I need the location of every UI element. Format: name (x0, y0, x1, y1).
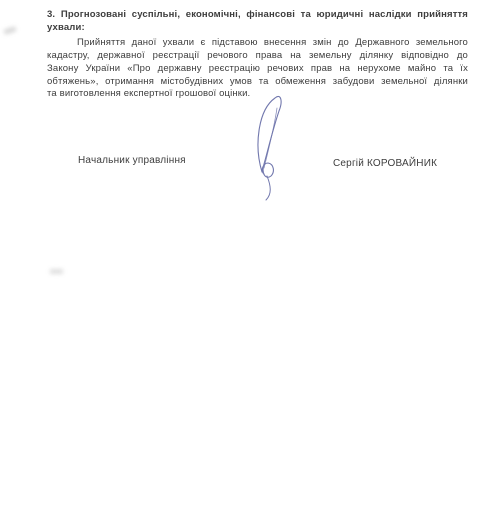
handwritten-signature-ink (246, 94, 308, 206)
signer-position-title: Начальник управління (78, 155, 186, 166)
document-text-block: 3. Прогнозовані суспільні, економічні, ф… (47, 9, 468, 101)
section-heading: 3. Прогнозовані суспільні, економічні, ф… (47, 9, 468, 34)
body-paragraph: Прийняття даної ухвали є підставою внесе… (47, 37, 468, 101)
paragraph-line: Прийняття даної ухвали є підставою внесе… (47, 37, 468, 50)
heading-line: 3. Прогнозовані суспільні, економічні, ф… (47, 9, 468, 22)
paragraph-line: кадастру, державної реєстрації речового … (47, 50, 468, 63)
heading-line: ухвали: (47, 22, 468, 35)
scan-artifact-smudge (50, 269, 63, 274)
signer-name: Сергій КОРОВАЙНИК (333, 158, 437, 169)
paragraph-line: обтяжень», отримання містобудівних умов … (47, 76, 468, 89)
paragraph-line: Закону України «Про державну реєстрацію … (47, 63, 468, 76)
scanned-document-page: 3. Прогнозовані суспільні, економічні, ф… (0, 0, 480, 511)
scan-artifact-smudge (4, 26, 17, 34)
